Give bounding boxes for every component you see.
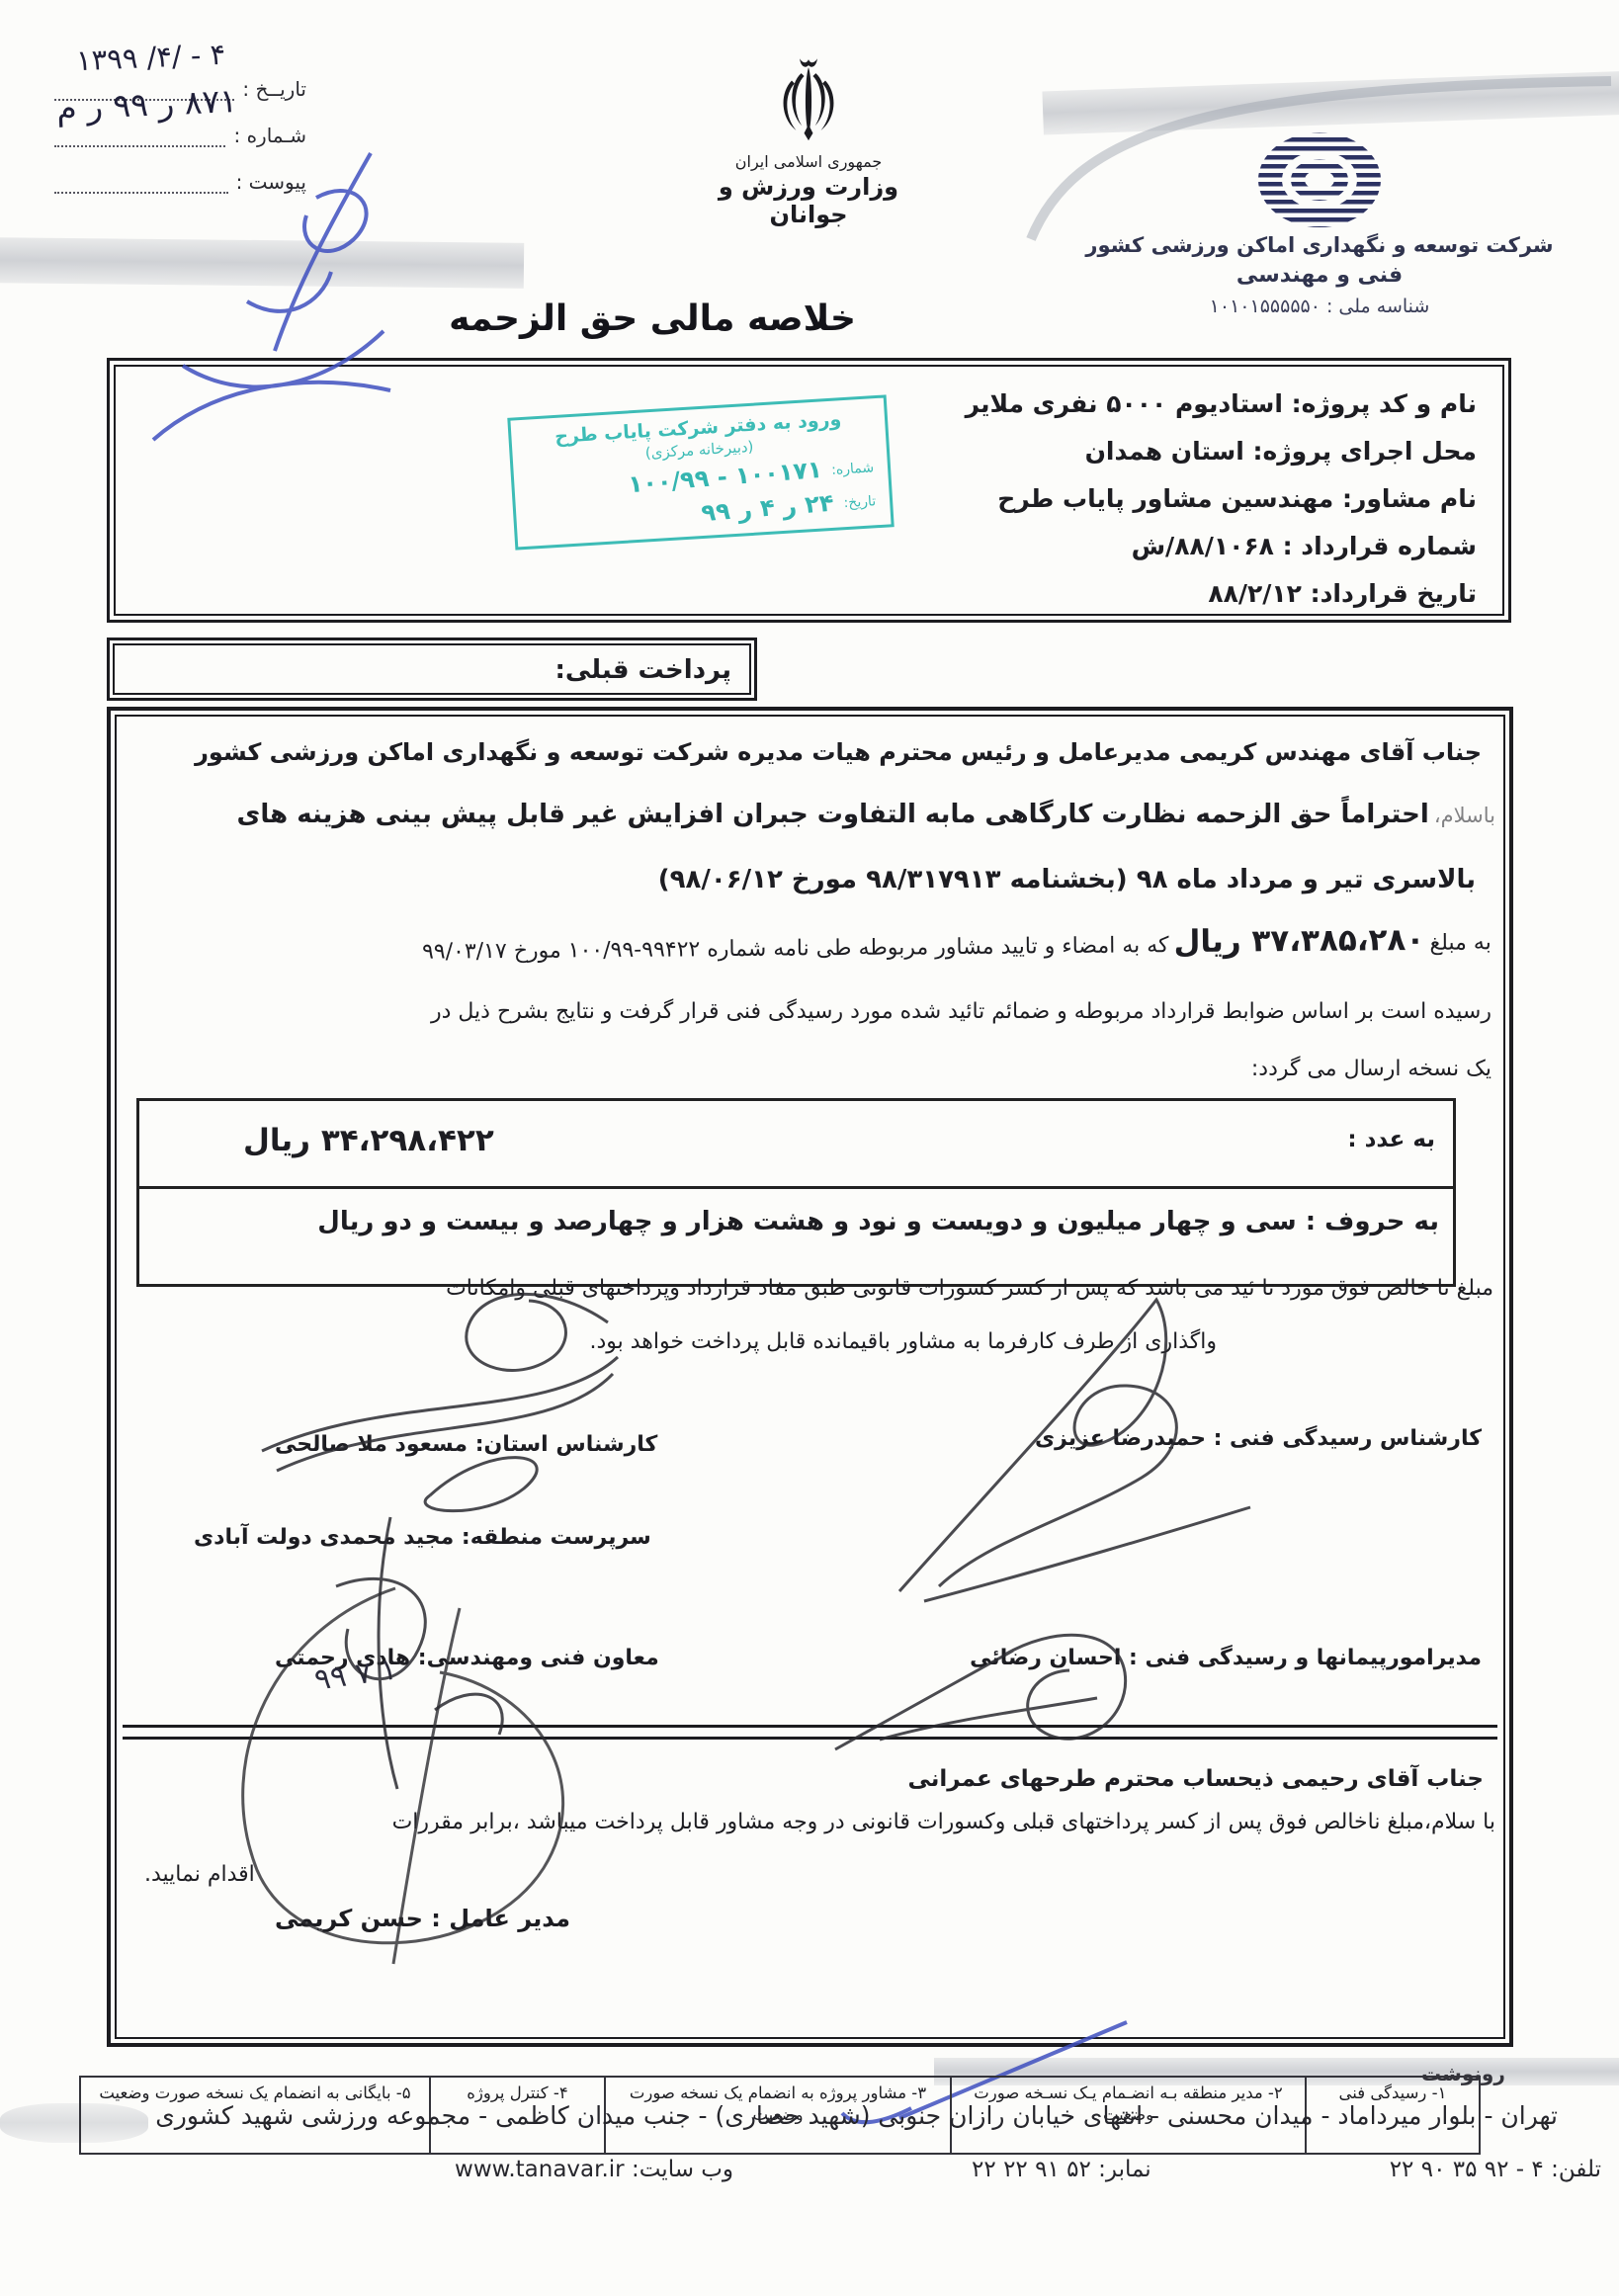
request-bold-1: احتراماً حق الزحمه نظارت کارگاهی مابه ال…: [237, 800, 1429, 829]
company-division: فنی و مهندسی: [1063, 263, 1576, 288]
ministry-country: جمهوری اسلامی ایران: [680, 152, 937, 171]
blue-pen-scribble: [119, 138, 415, 455]
previous-payment-box-inner: پرداخت قبلی:: [113, 643, 751, 695]
amount-numeric-label: به عدد :: [1347, 1127, 1435, 1152]
entry-stamp: ورود به دفتر شرکت پایاب طرح (دبیرخانه مر…: [507, 394, 894, 550]
previous-payment-label: پرداخت قبلی:: [115, 645, 749, 695]
signature-rezaei: [820, 1581, 1216, 1779]
signature-molasalehi: [222, 1263, 638, 1520]
signature-azizi: [830, 1275, 1265, 1611]
ministry-block: جمهوری اسلامی ایران وزارت ورزش و جوانان: [680, 47, 937, 228]
amount-lead: به مبلغ: [1430, 930, 1492, 956]
salutation-line: جناب آقای مهندس کریمی مدیرعامل و رئیس مح…: [195, 738, 1482, 766]
body-paragraph-2: رسیده است بر اساس ضوابط قرارداد مربوطه و…: [431, 995, 1491, 1028]
amount-numeric-value: ۳۴،۲۹۸،۴۲۲ ریال: [243, 1123, 494, 1158]
date-handwritten: ۴ - /۴/ ۱۳۹۹: [75, 38, 225, 78]
previous-payment-box: پرداخت قبلی:: [107, 638, 757, 701]
footer-fax: نمابر: ۵۲ ۹۱ ۲۲ ۲۲: [972, 2157, 1151, 2182]
stamp-date-value: ۲۴ ر ۴ ر ۹۹: [701, 489, 835, 527]
stamp-number-label: شماره:: [831, 460, 875, 478]
stamp-date-label: تاریخ:: [843, 493, 876, 511]
page-title: خلاصه مالی حق الزحمه: [410, 298, 895, 339]
company-block: شرکت توسعه و نگهداری اماکن ورزشی کشور فن…: [1063, 127, 1576, 317]
scanned-letter-page: تاریــخ : ۴ - /۴/ ۱۳۹۹ شـماره : ۸۷۱ ر ۹۹…: [0, 0, 1619, 2296]
footer-contact-row: تلفن: ۴ - ۹۲ ۳۵ ۹۰ ۲۲ نمابر: ۵۲ ۹۱ ۲۲ ۲۲…: [455, 2157, 1601, 2182]
company-logo-icon: [1250, 127, 1389, 233]
request-line-1: باسلام، احتراماً حق الزحمه نظارت کارگاهی…: [237, 800, 1495, 829]
signature-rahmati: [158, 1573, 623, 1969]
amount-rest: که به امضاء و تایید مشاور مربوطه طی نامه…: [422, 933, 1169, 965]
number-handwritten: ۸۷۱ ر ۹۹ ر م: [55, 81, 237, 128]
amount-bold: ۳۷،۳۸۵،۲۸۰ ریال: [1174, 922, 1425, 960]
date-label: تاریــخ :: [242, 77, 306, 101]
project-contract-date: تاریخ قرارداد: ۸۸/۲/۱۲: [116, 570, 1477, 618]
amount-sentence: به مبلغ ۳۷،۳۸۵،۲۸۰ ریال که به امضاء و تا…: [422, 921, 1491, 968]
request-line-2: بالاسری تیر و مرداد ماه ۹۸ (بخشنامه ۹۸/۳…: [658, 865, 1476, 894]
footer-website: وب سایت: www.tanavar.ir: [455, 2157, 733, 2182]
footer-address: تهران - بلوار میرداماد - میدان محسنی - ا…: [155, 2101, 1558, 2130]
ministry-name: وزارت ورزش و جوانان: [680, 173, 937, 228]
amount-numeric-row: به عدد : ۳۴،۲۹۸،۴۲۲ ریال: [139, 1101, 1453, 1189]
footer-phone: تلفن: ۴ - ۹۲ ۳۵ ۹۰ ۲۲: [1390, 2157, 1601, 2182]
company-name: شرکت توسعه و نگهداری اماکن ورزشی کشور: [1063, 233, 1576, 257]
iran-emblem-icon: [772, 47, 845, 150]
greeting: باسلام،: [1434, 804, 1495, 827]
amount-table: به عدد : ۳۴،۲۹۸،۴۲۲ ریال به حروف : سی و …: [136, 1098, 1456, 1287]
footer-website-url: www.tanavar.ir: [455, 2157, 625, 2182]
body-paragraph-3: یک نسخه ارسال می گردد:: [1251, 1053, 1491, 1085]
company-national-id: شناسه ملی : ۱۰۱۰۱۵۵۵۵۵۰: [1063, 296, 1576, 317]
